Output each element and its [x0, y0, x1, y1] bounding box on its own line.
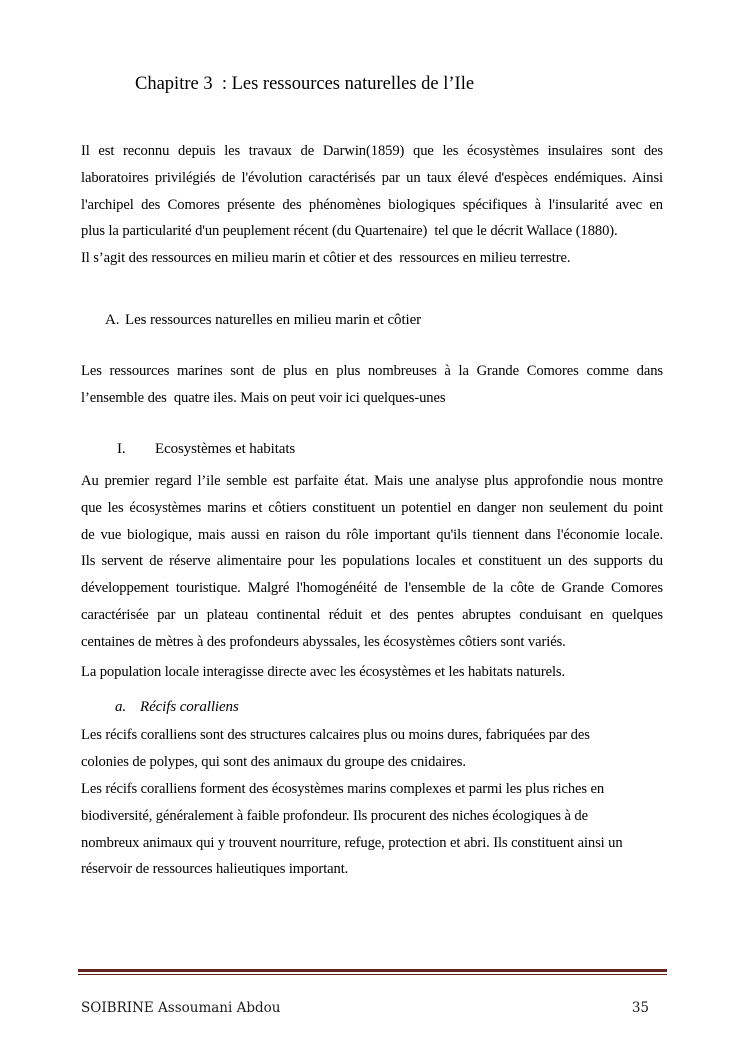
text-line: Les récifs coralliens sont des structure… [81, 722, 663, 749]
paragraph-intro: Il est reconnu depuis les travaux de Dar… [81, 138, 663, 272]
text-line: que les écosystèmes marins et côtiers co… [81, 495, 663, 522]
text-line: nombreux animaux qui y trouvent nourritu… [81, 830, 663, 857]
text-line: biodiversité, généralement à faible prof… [81, 803, 663, 830]
text-line: réservoir de ressources halieutiques imp… [81, 856, 663, 883]
paragraph-ecosystems: Au premier regard l’ile semble est parfa… [81, 468, 663, 656]
text-line: développement touristique. Malgré l'homo… [81, 575, 663, 602]
text-line: Les ressources marines sont de plus en p… [81, 358, 663, 385]
text-line: Les récifs coralliens forment des écosys… [81, 776, 663, 803]
text-line: La population locale interagisse directe… [81, 659, 663, 686]
paragraph-marine-resources: Les ressources marines sont de plus en p… [81, 358, 663, 412]
paragraph-reefs-ecosystems: Les récifs coralliens forment des écosys… [81, 776, 663, 883]
subsection-number: I. [117, 436, 155, 463]
text-line: l'archipel des Comores présente des phén… [81, 192, 663, 219]
text-line: centaines de mètres à des profondeurs ab… [81, 629, 663, 656]
text-line: Ils servent de réserve alimentaire pour … [81, 548, 663, 575]
page-number: 35 [632, 1000, 663, 1016]
text-line: l’ensemble des quatre iles. Mais on peut… [81, 385, 663, 412]
text-line: Il s’agit des ressources en milieu marin… [81, 245, 663, 272]
subsection-heading-reefs: a.Récifs coralliens [81, 694, 697, 721]
text-line: Il est reconnu depuis les travaux de Dar… [81, 138, 663, 165]
text-line: plus la particularité d'un peuplement ré… [81, 218, 663, 245]
text-line: laboratoires privilégiés de l'évolution … [81, 165, 663, 192]
section-number: A. [105, 307, 125, 334]
text-line: Au premier regard l’ile semble est parfa… [81, 468, 663, 495]
paragraph-population: La population locale interagisse directe… [81, 659, 663, 686]
text-line: colonies de polypes, qui sont des animau… [81, 749, 663, 776]
section-label: Les ressources naturelles en milieu mari… [125, 312, 421, 328]
subsection-label: Ecosystèmes et habitats [155, 441, 295, 457]
subsection-label: Récifs coralliens [140, 699, 239, 715]
text-line: de vue biologique, mais aussi en raison … [81, 522, 663, 549]
page-footer: SOIBRINE Assoumani Abdou 35 [81, 1000, 663, 1016]
footer-rule [78, 969, 667, 975]
paragraph-reefs-structure: Les récifs coralliens sont des structure… [81, 722, 663, 776]
document-page: Chapitre 3 : Les ressources naturelles d… [0, 0, 744, 1053]
footer-author: SOIBRINE Assoumani Abdou [81, 1000, 280, 1016]
text-line: caractérisée par un plateau continental … [81, 602, 663, 629]
chapter-title: Chapitre 3 : Les ressources naturelles d… [135, 74, 474, 95]
subsection-number: a. [115, 694, 140, 721]
subsection-heading-ecosystems: I.Ecosystèmes et habitats [81, 436, 699, 463]
section-heading-a: A.Les ressources naturelles en milieu ma… [81, 307, 687, 334]
